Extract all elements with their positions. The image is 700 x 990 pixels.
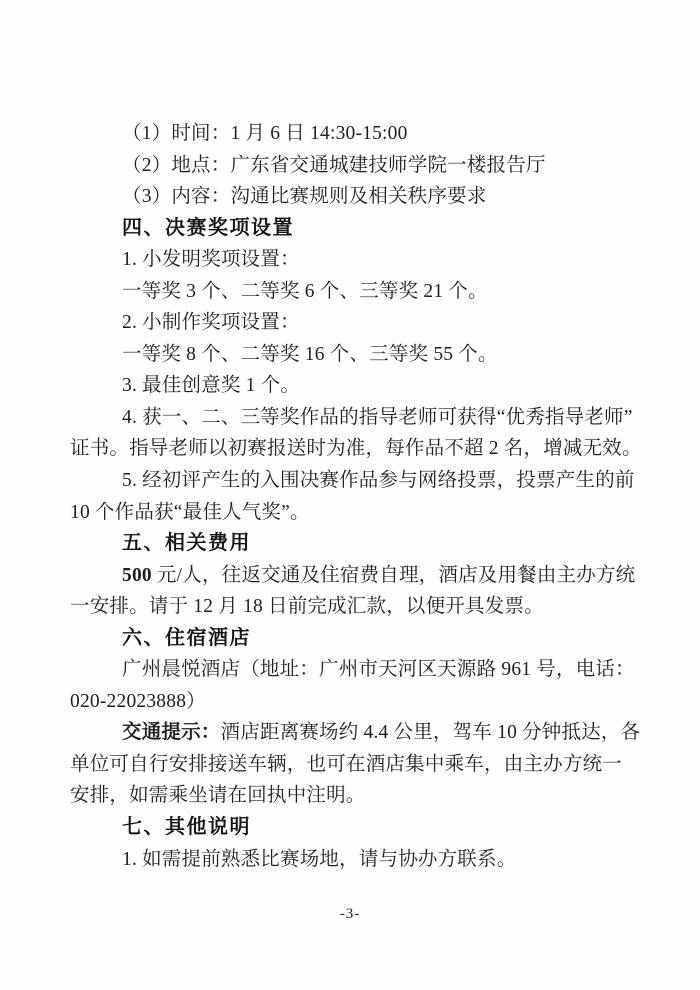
- section-heading-4: 四、决赛奖项设置: [70, 213, 622, 245]
- list-item: 1. 如需提前熟悉比赛场地，请与协办方联系。: [70, 844, 622, 876]
- list-item: 2. 小制作奖项设置：: [70, 307, 622, 339]
- paragraph-line: 证书。指导老师以初赛报送时为准，每作品不超 2 名，增减无效。: [70, 433, 622, 465]
- bold-text: 500: [122, 565, 152, 586]
- page-content: （1）时间：1 月 6 日 14:30-15:00 （2）地点：广东省交通城建技…: [70, 118, 622, 875]
- document-page: （1）时间：1 月 6 日 14:30-15:00 （2）地点：广东省交通城建技…: [0, 0, 700, 990]
- bold-text: 交通提示：: [122, 722, 221, 743]
- section-heading-5: 五、相关费用: [70, 528, 622, 560]
- paragraph-line: 020-22023888）: [70, 686, 622, 718]
- paragraph-text: 元/人，往返交通及住宿费自理，酒店及用餐由主办方统: [152, 565, 636, 586]
- paragraph-line: （2）地点：广东省交通城建技师学院一楼报告厅: [70, 150, 622, 182]
- paragraph-line: 安排，如需乘坐请在回执中注明。: [70, 780, 622, 812]
- paragraph-line: （1）时间：1 月 6 日 14:30-15:00: [70, 118, 622, 150]
- paragraph-line: 交通提示：酒店距离赛场约 4.4 公里，驾车 10 分钟抵达，各: [70, 717, 622, 749]
- paragraph-line: 10 个作品获“最佳人气奖”。: [70, 497, 622, 529]
- paragraph-line: 广州晨悦酒店（地址：广州市天河区天源路 961 号，电话：: [70, 654, 622, 686]
- section-heading-7: 七、其他说明: [70, 812, 622, 844]
- paragraph-line: 一安排。请于 12 月 18 日前完成汇款，以便开具发票。: [70, 591, 622, 623]
- paragraph-line: 单位可自行安排接送车辆，也可在酒店集中乘车，由主办方统一: [70, 749, 622, 781]
- paragraph-line: 一等奖 3 个、二等奖 6 个、三等奖 21 个。: [70, 276, 622, 308]
- list-item: 3. 最佳创意奖 1 个。: [70, 370, 622, 402]
- list-item: 4. 获一、二、三等奖作品的指导老师可获得“优秀指导老师”: [70, 402, 622, 434]
- paragraph-text: 酒店距离赛场约 4.4 公里，驾车 10 分钟抵达，各: [221, 722, 641, 743]
- list-item: 5. 经初评产生的入围决赛作品参与网络投票，投票产生的前: [70, 465, 622, 497]
- list-item: 1. 小发明奖项设置：: [70, 244, 622, 276]
- section-heading-6: 六、住宿酒店: [70, 623, 622, 655]
- page-number: -3-: [0, 903, 700, 925]
- paragraph-line: 500 元/人，往返交通及住宿费自理，酒店及用餐由主办方统: [70, 560, 622, 592]
- paragraph-line: （3）内容：沟通比赛规则及相关秩序要求: [70, 181, 622, 213]
- paragraph-line: 一等奖 8 个、二等奖 16 个、三等奖 55 个。: [70, 339, 622, 371]
